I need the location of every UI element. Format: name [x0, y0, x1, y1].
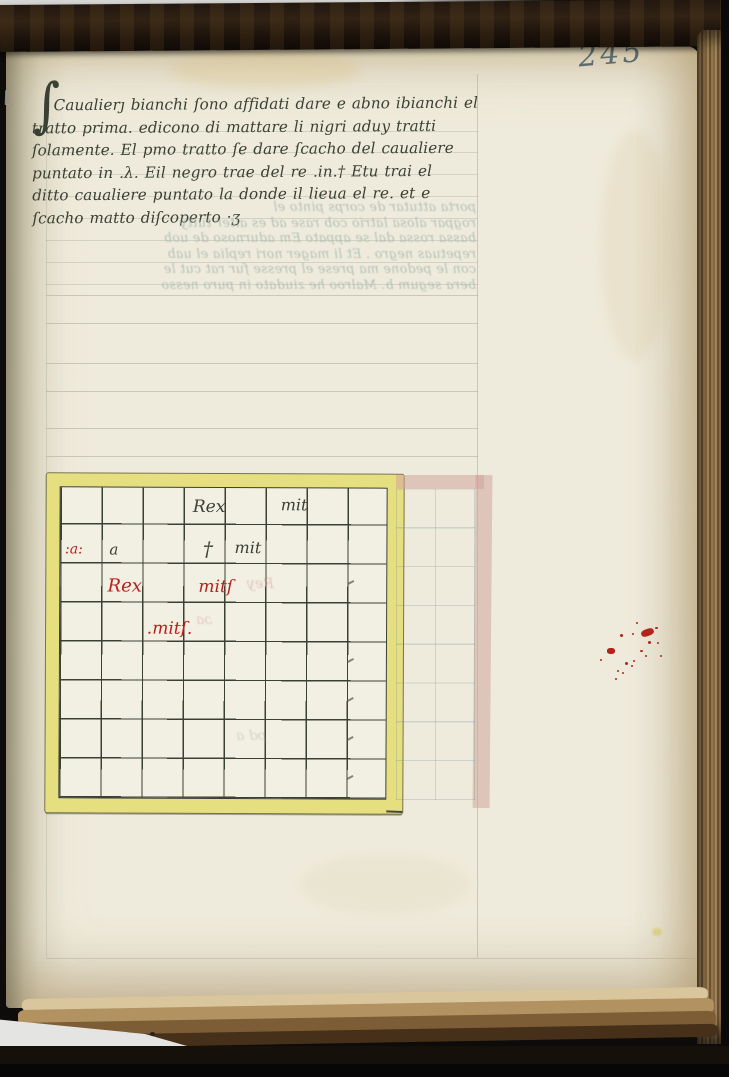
ink-dot	[660, 655, 662, 657]
ink-dot	[636, 622, 638, 624]
ink-dot	[657, 642, 659, 644]
ink-dot	[622, 672, 624, 674]
ink-dot	[600, 659, 602, 661]
scan-background-bottom	[0, 1064, 729, 1077]
ink-dot	[620, 634, 623, 637]
bottom-shadow	[0, 1046, 729, 1065]
ink-dot	[625, 662, 628, 665]
ink-dot	[631, 665, 633, 667]
ink-dot	[648, 641, 651, 644]
ink-dot	[615, 678, 617, 680]
ink-dot	[607, 648, 615, 654]
ink-dot	[640, 650, 643, 652]
ink-dot	[655, 627, 658, 629]
debris	[150, 1032, 155, 1036]
manuscript-scan: 245 L ∫ Caualierȷ bianchi ſono affidati …	[0, 0, 729, 1077]
ink-dot	[632, 633, 634, 635]
red-ink-spatter	[0, 0, 729, 1077]
top-binding-texture	[0, 0, 729, 52]
ink-dot	[617, 670, 619, 672]
right-cover-edge	[721, 0, 729, 1077]
ink-dot	[645, 655, 647, 657]
ink-dot	[633, 660, 635, 662]
ink-dot	[640, 627, 655, 638]
